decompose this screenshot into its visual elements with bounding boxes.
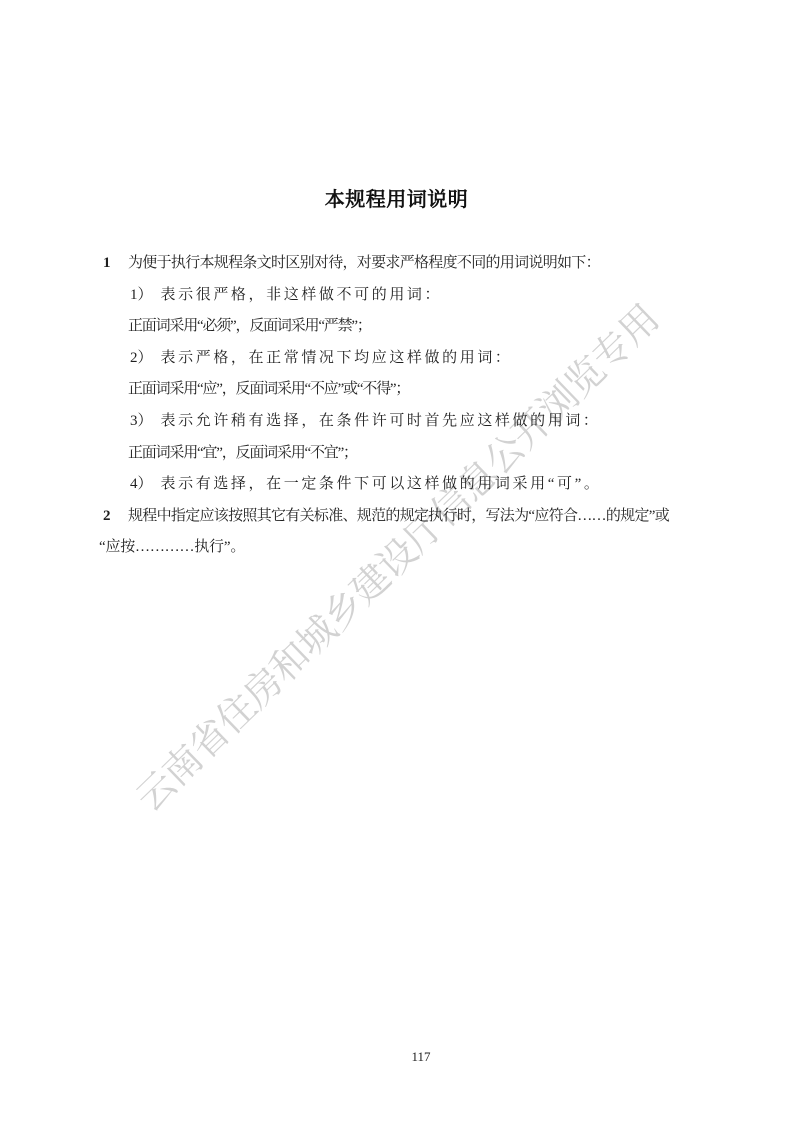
paragraph-1-number: 1: [103, 248, 128, 280]
list-item-1-text: 表示很严格，非这样做不可的用词：: [161, 287, 443, 303]
list-item-2-text: 表示严格，在正常情况下均应这样做的用词：: [161, 350, 513, 366]
paragraph-2: 2规程中指定应该按照其它有关标准、规范的规定执行时，写法为“应符合……的规定”或: [103, 501, 713, 533]
list-item-2-continuation: 正面词采用“应”，反面词采用“不应”或“不得”；: [103, 374, 713, 406]
paragraph-1: 1为便于执行本规程条文时区别对待，对要求严格程度不同的用词说明如下：: [103, 248, 713, 280]
document-body: 1为便于执行本规程条文时区别对待，对要求严格程度不同的用词说明如下： 1）表示很…: [103, 248, 713, 564]
list-item-3-text: 表示允许稍有选择，在条件许可时首先应这样做的用词：: [161, 413, 601, 429]
list-item-4-text: 表示有选择，在一定条件下可以这样做的用词采用“可”。: [161, 476, 602, 492]
list-item-3: 3）表示允许稍有选择，在条件许可时首先应这样做的用词：: [103, 406, 713, 438]
document-page: 云南省住房和城乡建设厅信息公开浏览专用 本规程用词说明 1为便于执行本规程条文时…: [0, 0, 793, 1122]
list-item-1: 1）表示很严格，非这样做不可的用词：: [103, 280, 713, 312]
list-item-1-number: 1）: [130, 280, 153, 312]
paragraph-2-number: 2: [103, 501, 128, 533]
list-item-3-continuation: 正面词采用“宜”，反面词采用“不宜”；: [103, 438, 713, 470]
page-title: 本规程用词说明: [0, 183, 793, 212]
list-item-2: 2）表示严格，在正常情况下均应这样做的用词：: [103, 343, 713, 375]
paragraph-1-text: 为便于执行本规程条文时区别对待，对要求严格程度不同的用词说明如下：: [128, 255, 600, 271]
list-item-3-number: 3）: [130, 406, 153, 438]
paragraph-2-text-line2: “应按…………执行”。: [99, 532, 713, 564]
paragraph-2-text-line1: 规程中指定应该按照其它有关标准、规范的规定执行时，写法为“应符合……的规定”或: [128, 508, 669, 524]
list-item-2-number: 2）: [130, 343, 153, 375]
list-item-4: 4）表示有选择，在一定条件下可以这样做的用词采用“可”。: [103, 469, 713, 501]
list-item-4-number: 4）: [130, 469, 153, 501]
page-number: 117: [411, 1049, 430, 1065]
list-item-1-continuation: 正面词采用“必须”，反面词采用“严禁”；: [103, 311, 713, 343]
